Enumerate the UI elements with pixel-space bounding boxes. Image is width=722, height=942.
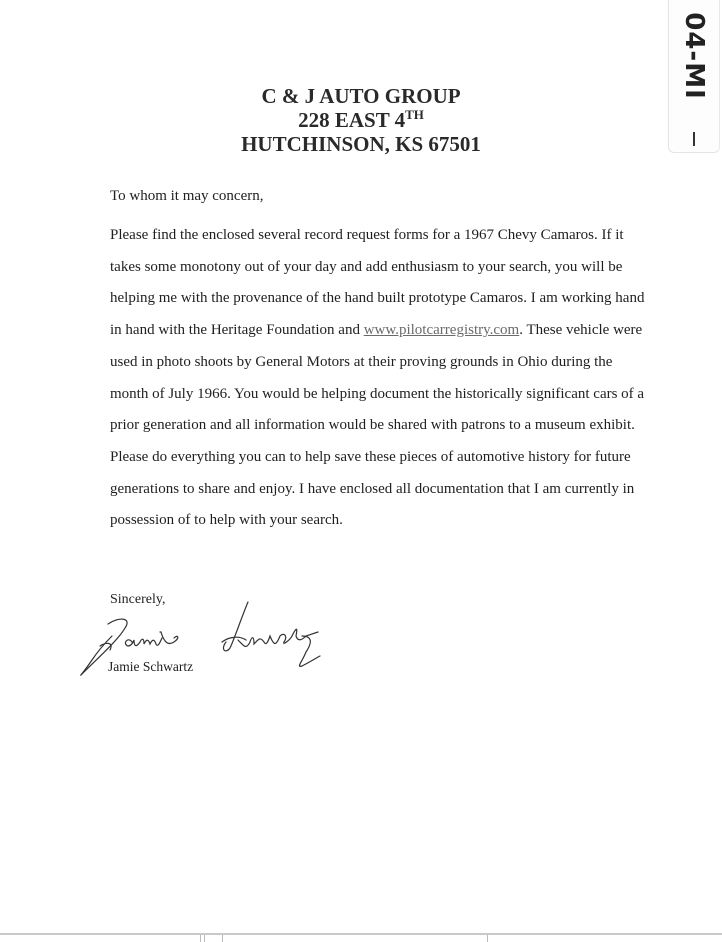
- letter-body: Please find the enclosed several record …: [110, 220, 630, 537]
- file-label-code: 04-MI: [679, 12, 709, 100]
- body-line: helping me with the provenance of the ha…: [110, 283, 630, 315]
- scan-artifact: [222, 935, 223, 942]
- body-line: in hand with the Heritage Foundation and…: [110, 315, 630, 347]
- scan-artifact: [200, 935, 201, 942]
- body-text-segment: in hand with the Heritage Foundation and: [110, 322, 364, 338]
- body-line: takes some monotony out of your day and …: [110, 252, 630, 284]
- body-line: Please do everything you can to help sav…: [110, 442, 630, 474]
- body-line: generations to share and enjoy. I have e…: [110, 474, 630, 506]
- street-text: 228 EAST 4: [298, 108, 405, 132]
- scan-artifact: [204, 935, 205, 942]
- street-suffix: TH: [405, 107, 424, 122]
- scan-artifact: [487, 935, 488, 942]
- body-line: used in photo shoots by General Motors a…: [110, 347, 630, 379]
- body-line: month of July 1966. You would be helping…: [110, 379, 630, 411]
- page-bottom-edge: [0, 933, 722, 935]
- body-line: Please find the enclosed several record …: [110, 220, 630, 252]
- salutation: To whom it may concern,: [110, 188, 264, 205]
- registry-link[interactable]: www.pilotcarregistry.com: [364, 322, 520, 338]
- street-address: 228 EAST 4TH: [0, 108, 722, 132]
- company-name: C & J AUTO GROUP: [0, 84, 722, 108]
- signer-name: Jamie Schwartz: [108, 659, 193, 675]
- body-text-segment: . These vehicle were: [519, 322, 642, 338]
- file-label-mark: [693, 132, 695, 146]
- file-label-sticker: 04-MI: [668, 0, 720, 153]
- body-line: prior generation and all information wou…: [110, 410, 630, 442]
- city-state-zip: HUTCHINSON, KS 67501: [0, 132, 722, 156]
- body-line: possession of to help with your search.: [110, 505, 630, 537]
- letterhead: C & J AUTO GROUP 228 EAST 4TH HUTCHINSON…: [0, 84, 722, 156]
